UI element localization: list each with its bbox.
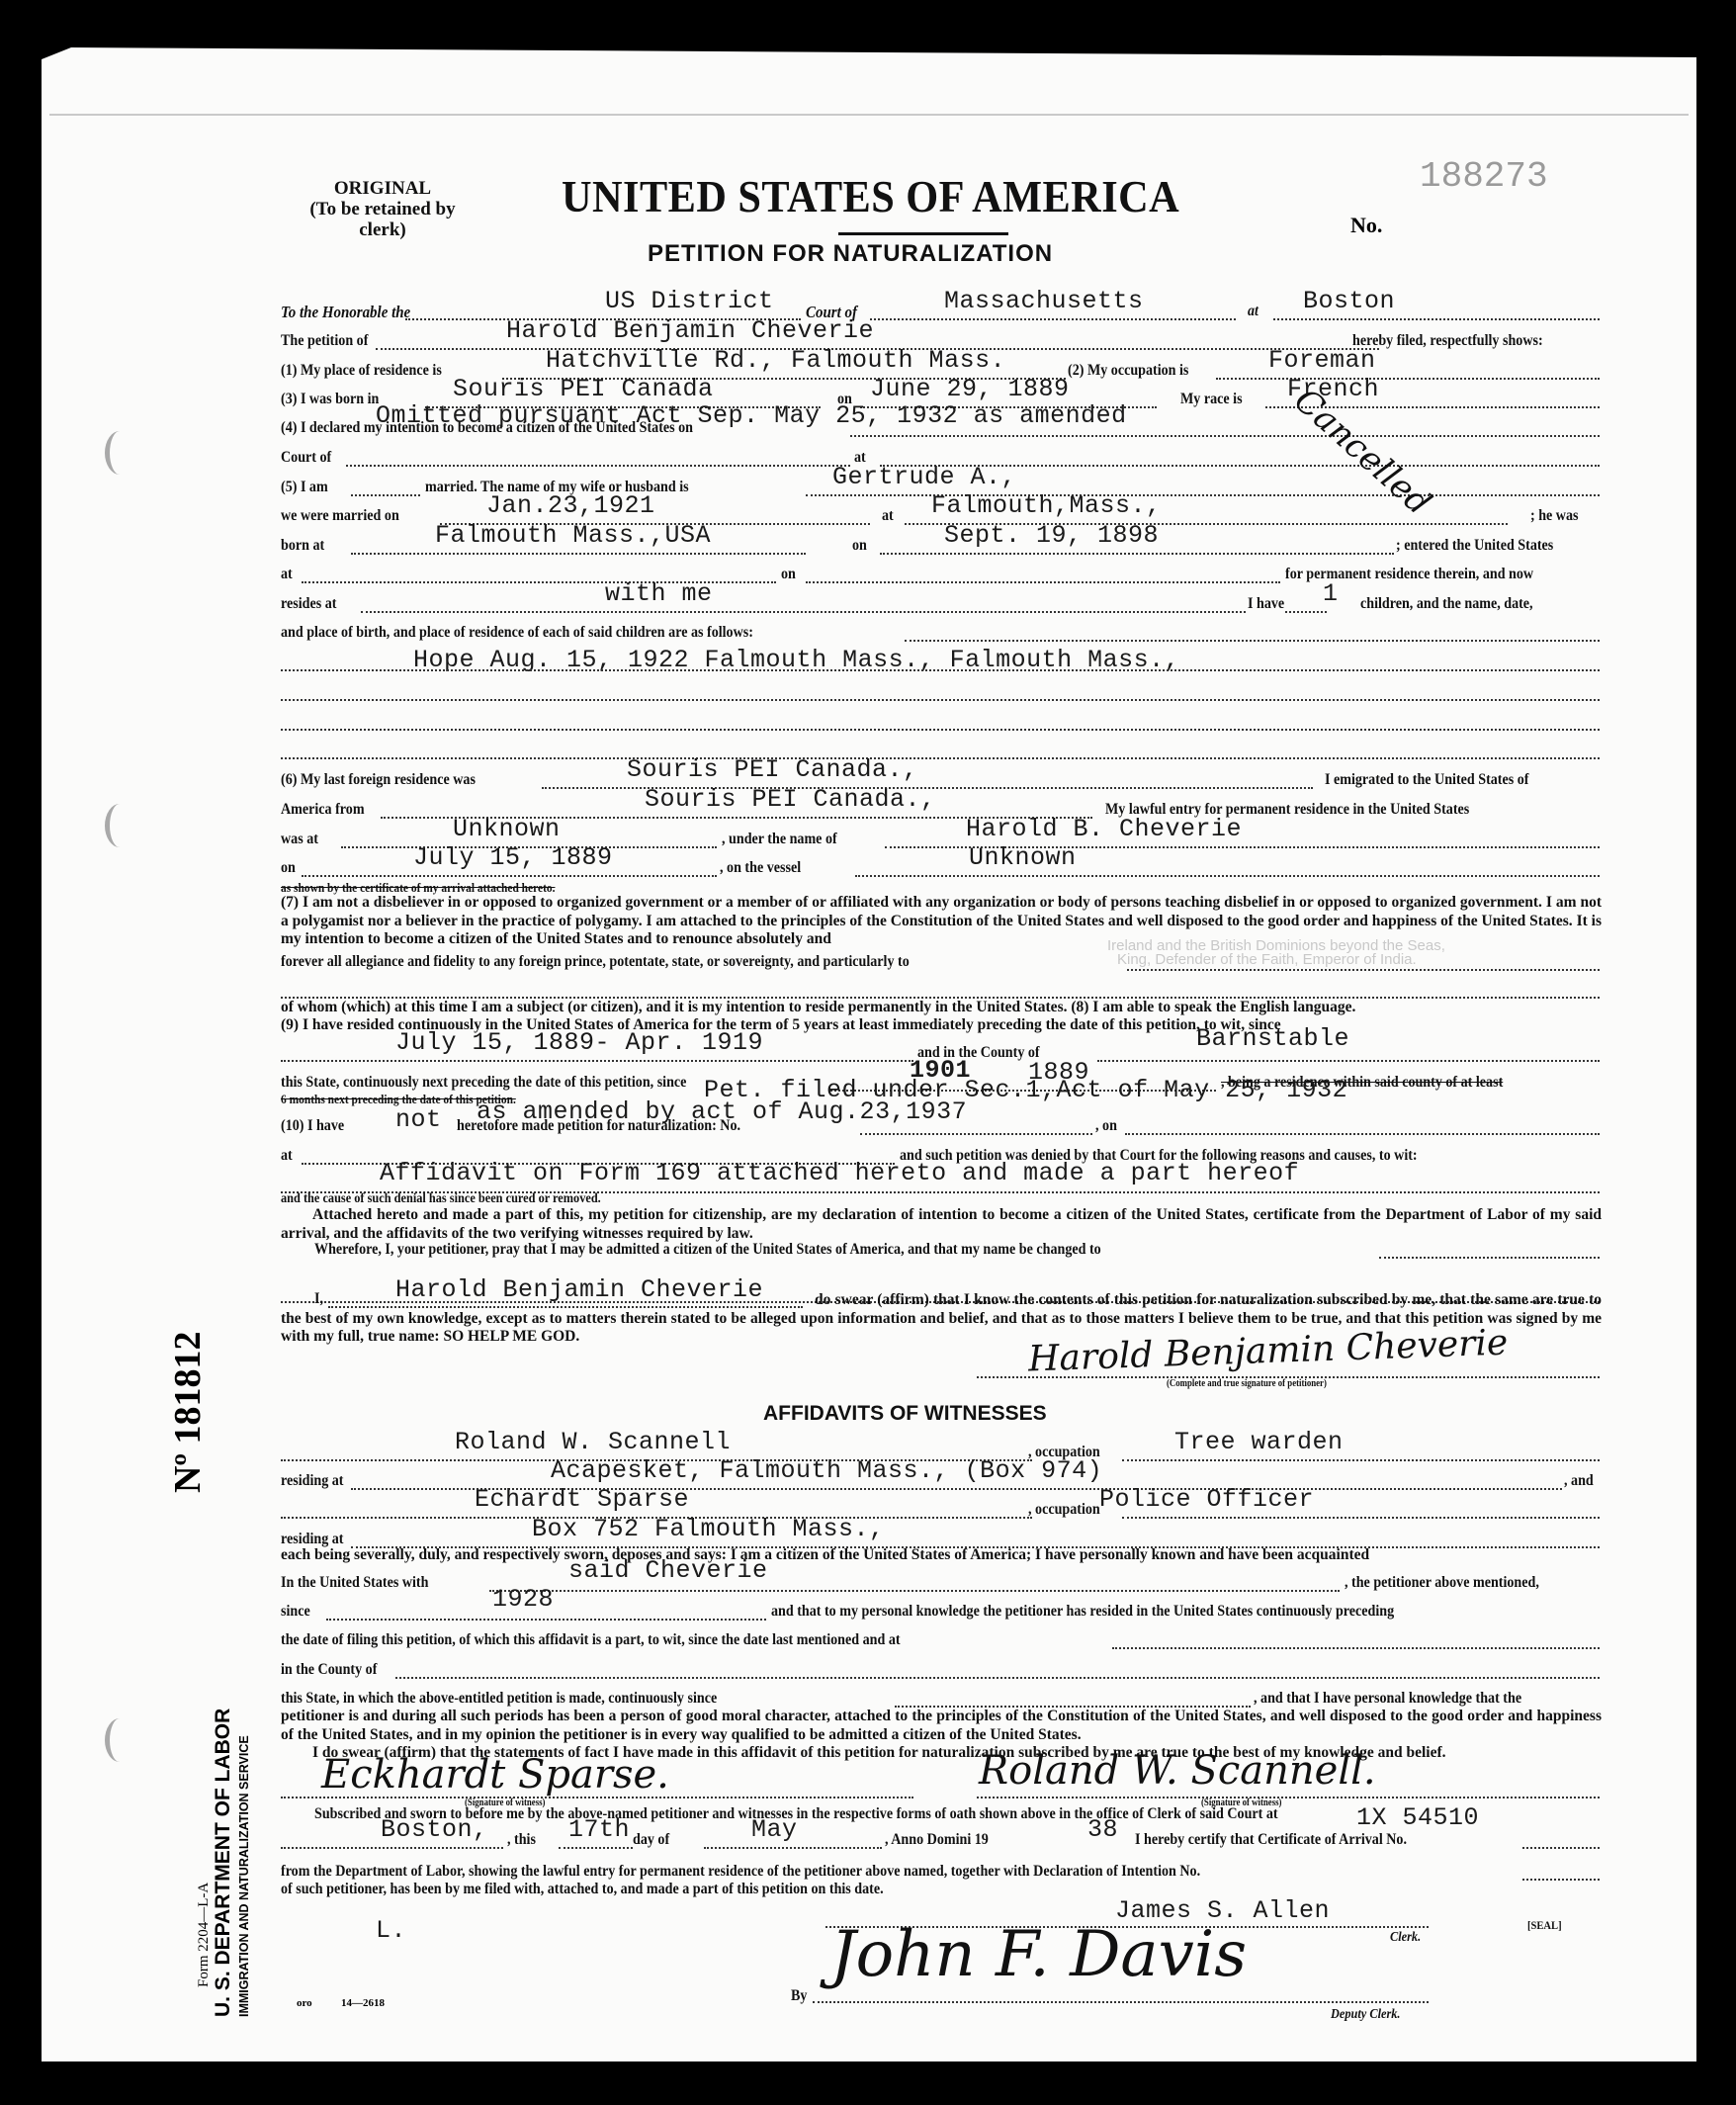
- witness-1-signature: Roland W. Scannell.: [979, 1748, 1376, 1794]
- original-label: ORIGINAL: [279, 178, 486, 199]
- witness-2-residence-value: Box 752 Falmouth Mass.,: [532, 1515, 885, 1543]
- paragraph-eight: of whom (which) at this time I am a subj…: [281, 999, 1602, 1017]
- label-deputy-clerk: Deputy Clerk.: [1331, 2007, 1400, 2023]
- field-line: [806, 581, 1280, 583]
- label-cured: and the cause of such denial has since b…: [281, 1191, 601, 1207]
- document-subtitle: PETITION FOR NATURALIZATION: [648, 240, 1053, 268]
- label-occupation-w-2: , occupation: [1028, 1501, 1100, 1519]
- signature-line: [977, 1797, 1600, 1798]
- label-anno-domini: , Anno Domini 19: [885, 1831, 989, 1849]
- spouse-birthplace-value: Falmouth Mass.,USA: [435, 521, 711, 550]
- label-residing-at: residing at: [281, 1472, 343, 1490]
- label-ten: (10) I have: [281, 1117, 344, 1135]
- field-line: [1522, 1879, 1600, 1881]
- service-label: IMMIGRATION AND NATURALIZATION SERVICE: [237, 1735, 251, 2017]
- binder-hole-icon: [105, 804, 134, 847]
- label-ten-b: heretofore made petition for naturalizat…: [457, 1117, 740, 1135]
- witness-2-name-value: Echardt Sparse: [475, 1485, 689, 1514]
- field-line: [346, 465, 850, 467]
- label-knowledge-that: , and that I have personal knowledge tha…: [1254, 1690, 1521, 1708]
- label-this: , this: [507, 1831, 536, 1849]
- label-this-state: this State, continuously next preceding …: [281, 1074, 686, 1092]
- city-value: Boston: [1303, 287, 1395, 315]
- birthplace-value: Souris PEI Canada: [453, 375, 714, 403]
- label-children: children, and the name, date,: [1360, 595, 1533, 613]
- arrival-cert-value: 1X 54510: [1356, 1803, 1479, 1832]
- spouse-resides-value: with me: [605, 579, 713, 608]
- field-line: [361, 611, 1246, 613]
- field-line: [489, 1590, 1340, 1592]
- label-petitioner-above: , the petitioner above mentioned,: [1345, 1574, 1539, 1592]
- label-signature-caption: (Complete and true signature of petition…: [1167, 1378, 1327, 1389]
- field-line: [351, 494, 420, 496]
- label-day-of: day of: [633, 1831, 669, 1849]
- field-line: [850, 435, 1600, 437]
- label-resides-at: resides at: [281, 595, 336, 613]
- field-line: [281, 699, 1600, 701]
- label-in-county: in the County of: [281, 1661, 377, 1679]
- entry-date-value: July 15, 1889: [413, 843, 613, 872]
- county-value: Barnstable: [1196, 1024, 1349, 1053]
- field-line: [870, 318, 1236, 320]
- label-children-intro: and place of birth, and place of residen…: [281, 624, 753, 642]
- known-since-value: 1928: [492, 1585, 554, 1614]
- label-was-at: was at: [281, 831, 318, 848]
- label-ten-on: , on: [1095, 1117, 1117, 1135]
- paragraph-sworn-deposes: each being severally, duly, and respecti…: [281, 1546, 1602, 1565]
- paragraph-wherefore: Wherefore, I, your petitioner, pray that…: [314, 1241, 1101, 1259]
- field-line: [1127, 969, 1600, 971]
- state-value: Massachusetts: [944, 287, 1144, 315]
- label-personal-knowledge: and that to my personal knowledge the pe…: [771, 1603, 1394, 1621]
- label-residence: (1) My place of residence is: [281, 362, 442, 380]
- label-clerk: Clerk.: [1390, 1930, 1421, 1946]
- field-line: [1273, 318, 1600, 320]
- label-from-dept: from the Department of Labor, showing th…: [281, 1863, 1200, 1881]
- label-this-state-w: this State, in which the above-entitled …: [281, 1690, 717, 1708]
- court-value: US District: [605, 287, 774, 315]
- field-line: [351, 553, 806, 555]
- field-line: [281, 729, 1600, 731]
- form-number: Form 2204—L-A: [196, 1883, 213, 1987]
- field-line: [1216, 378, 1600, 380]
- label-petition-of: The petition of: [281, 332, 368, 350]
- label-occupation: (2) My occupation is: [1068, 362, 1188, 380]
- entry-port-value: Unknown: [453, 815, 561, 843]
- sworn-day-value: 17th: [568, 1815, 630, 1844]
- original-notice: ORIGINAL (To be retained by clerk): [279, 178, 486, 240]
- l-mark: L.: [376, 1916, 406, 1945]
- label-date-of-filing: the date of filing this petition, of whi…: [281, 1631, 901, 1649]
- paragraph-seven-b: forever all allegiance and fidelity to a…: [281, 953, 910, 971]
- label-entered-us: ; entered the United States: [1396, 537, 1553, 555]
- field-line: [905, 640, 1600, 642]
- emigrated-from-value: Souris PEI Canada.,: [645, 785, 936, 814]
- label-emigrated: I emigrated to the United States of: [1325, 771, 1528, 789]
- label-married: (5) I am: [281, 479, 328, 496]
- label-certify: I hereby certify that Certificate of Arr…: [1135, 1831, 1407, 1849]
- affidavit-note-value: Affidavit on Form 169 attached hereto an…: [380, 1159, 1299, 1187]
- residence-value: Hatchville Rd., Falmouth Mass.: [546, 346, 1005, 375]
- paragraph-attached: Attached hereto and made a part of this,…: [281, 1206, 1602, 1243]
- field-line: [1112, 1647, 1600, 1649]
- binder-hole-icon: [105, 1718, 134, 1762]
- label-in-us-with: In the United States with: [281, 1574, 428, 1592]
- label-court-of-2: Court of: [281, 449, 331, 467]
- printer-number: 14—2618: [341, 1997, 385, 2009]
- label-hereby-filed: hereby filed, respectfully shows:: [1352, 332, 1543, 350]
- field-line: [1122, 1459, 1600, 1461]
- known-with-value: said Cheverie: [568, 1556, 768, 1585]
- witness-1-name-value: Roland W. Scannell: [455, 1428, 731, 1456]
- printer-code: oro: [297, 1997, 312, 2009]
- field-line: [395, 1677, 1600, 1679]
- field-line: [704, 1847, 882, 1849]
- residence-period-value: July 15, 1889- Apr. 1919: [395, 1028, 763, 1057]
- department-label: U. S. DEPARTMENT OF LABOR: [212, 1709, 235, 2017]
- label-race: My race is: [1180, 391, 1243, 408]
- paragraph-good-character: petitioner is and during all such period…: [281, 1708, 1602, 1744]
- binder-hole-icon: [105, 431, 134, 475]
- spouse-name-value: Gertrude A.,: [832, 463, 1016, 491]
- field-line: [281, 1060, 913, 1062]
- field-line: [1522, 1847, 1600, 1849]
- title-rule: [838, 232, 1008, 235]
- declaration-value: Omitted pursuant Act Sep. May 25, 1932 a…: [376, 401, 1127, 430]
- field-line: [1122, 1517, 1600, 1519]
- label-i-have: I have: [1248, 595, 1284, 613]
- retained-label: (To be retained by: [279, 199, 486, 219]
- field-line: [880, 553, 1394, 555]
- field-line: [302, 875, 717, 877]
- label-at-3: at: [882, 507, 894, 525]
- label-under-name: , under the name of: [722, 831, 837, 848]
- deputy-clerk-signature: John F. Davis: [830, 1918, 1247, 1991]
- petitioner-name-value: Harold Benjamin Cheverie: [506, 316, 874, 345]
- document-title: UNITED STATES OF AMERICA: [562, 170, 1179, 222]
- label-since: since: [281, 1603, 310, 1621]
- witness-2-signature: Eckhardt Sparse.: [321, 1752, 669, 1798]
- label-on-vessel: , on the vessel: [720, 859, 801, 877]
- field-line: [326, 1619, 766, 1621]
- label-of-such: of such petitioner, has been by me filed…: [281, 1881, 884, 1898]
- label-on-3: on: [781, 566, 796, 583]
- page-fold-line: [49, 114, 1689, 116]
- field-line: [281, 669, 1600, 671]
- field-line: [860, 1133, 1092, 1135]
- last-foreign-residence-value: Souris PEI Canada.,: [627, 755, 918, 784]
- witness-1-residence-value: Acapesket, Falmouth Mass., (Box 974): [551, 1456, 1102, 1485]
- label-on-2: on: [852, 537, 867, 555]
- field-line: [559, 1847, 633, 1849]
- deputy-signature-line: [813, 2001, 1429, 2003]
- prior-petition-value: not: [395, 1105, 442, 1134]
- label-and: , and: [1564, 1472, 1594, 1490]
- witness-2-occupation-value: Police Officer: [1099, 1485, 1314, 1514]
- label-at-4: at: [281, 566, 293, 583]
- children-count-value: 1: [1323, 579, 1339, 608]
- faint-allegiance-text-2: King, Defender of the Faith, Emperor of …: [1117, 951, 1417, 968]
- field-line: [281, 757, 1600, 759]
- field-line: [281, 1847, 503, 1849]
- field-line: [1379, 1257, 1600, 1259]
- spouse-birth-date-value: Sept. 19, 1898: [944, 521, 1159, 550]
- label-at-5: at: [281, 1147, 293, 1165]
- label-america-from: America from: [281, 801, 365, 819]
- label-at: at: [1248, 303, 1259, 320]
- vessel-value: Unknown: [969, 843, 1077, 872]
- signature-line: [281, 1797, 913, 1798]
- field-line: [1285, 611, 1327, 613]
- witness-1-occupation-value: Tree warden: [1174, 1428, 1344, 1456]
- field-line: [1097, 1060, 1600, 1062]
- field-line: [855, 875, 1600, 877]
- entry-name-value: Harold B. Cheverie: [966, 815, 1242, 843]
- occupation-value: Foreman: [1268, 346, 1376, 375]
- label-seal: [SEAL]: [1527, 1918, 1562, 1933]
- label-born-at: born at: [281, 537, 324, 555]
- label-born-in: (3) I was born in: [281, 391, 379, 408]
- label-to-honorable: To the Honorable the: [281, 303, 410, 322]
- label-on-4: on: [281, 859, 296, 877]
- label-married-on: we were married on: [281, 507, 399, 525]
- birth-date-value: June 29, 1889: [870, 375, 1070, 403]
- label-by: By: [791, 1987, 807, 2005]
- field-line: [806, 494, 1600, 496]
- sworn-city-value: Boston,: [381, 1815, 488, 1844]
- affidavits-title: AFFIDAVITS OF WITNESSES: [763, 1402, 1047, 1426]
- field-line: [1125, 1133, 1600, 1135]
- label-last-foreign: (6) My last foreign residence was: [281, 771, 476, 789]
- marriage-date-value: Jan.23,1921: [486, 491, 655, 520]
- number-label: No.: [1350, 213, 1382, 238]
- sworn-month-value: May: [751, 1815, 798, 1844]
- serial-number: Nº 181812: [166, 1332, 210, 1494]
- retained-label-2: clerk): [279, 219, 486, 240]
- label-he-was: ; he was: [1530, 507, 1578, 525]
- marriage-place-value: Falmouth,Mass.,: [931, 491, 1162, 520]
- sworn-year-value: 38: [1087, 1815, 1118, 1844]
- stamped-number: 188273: [1420, 156, 1548, 197]
